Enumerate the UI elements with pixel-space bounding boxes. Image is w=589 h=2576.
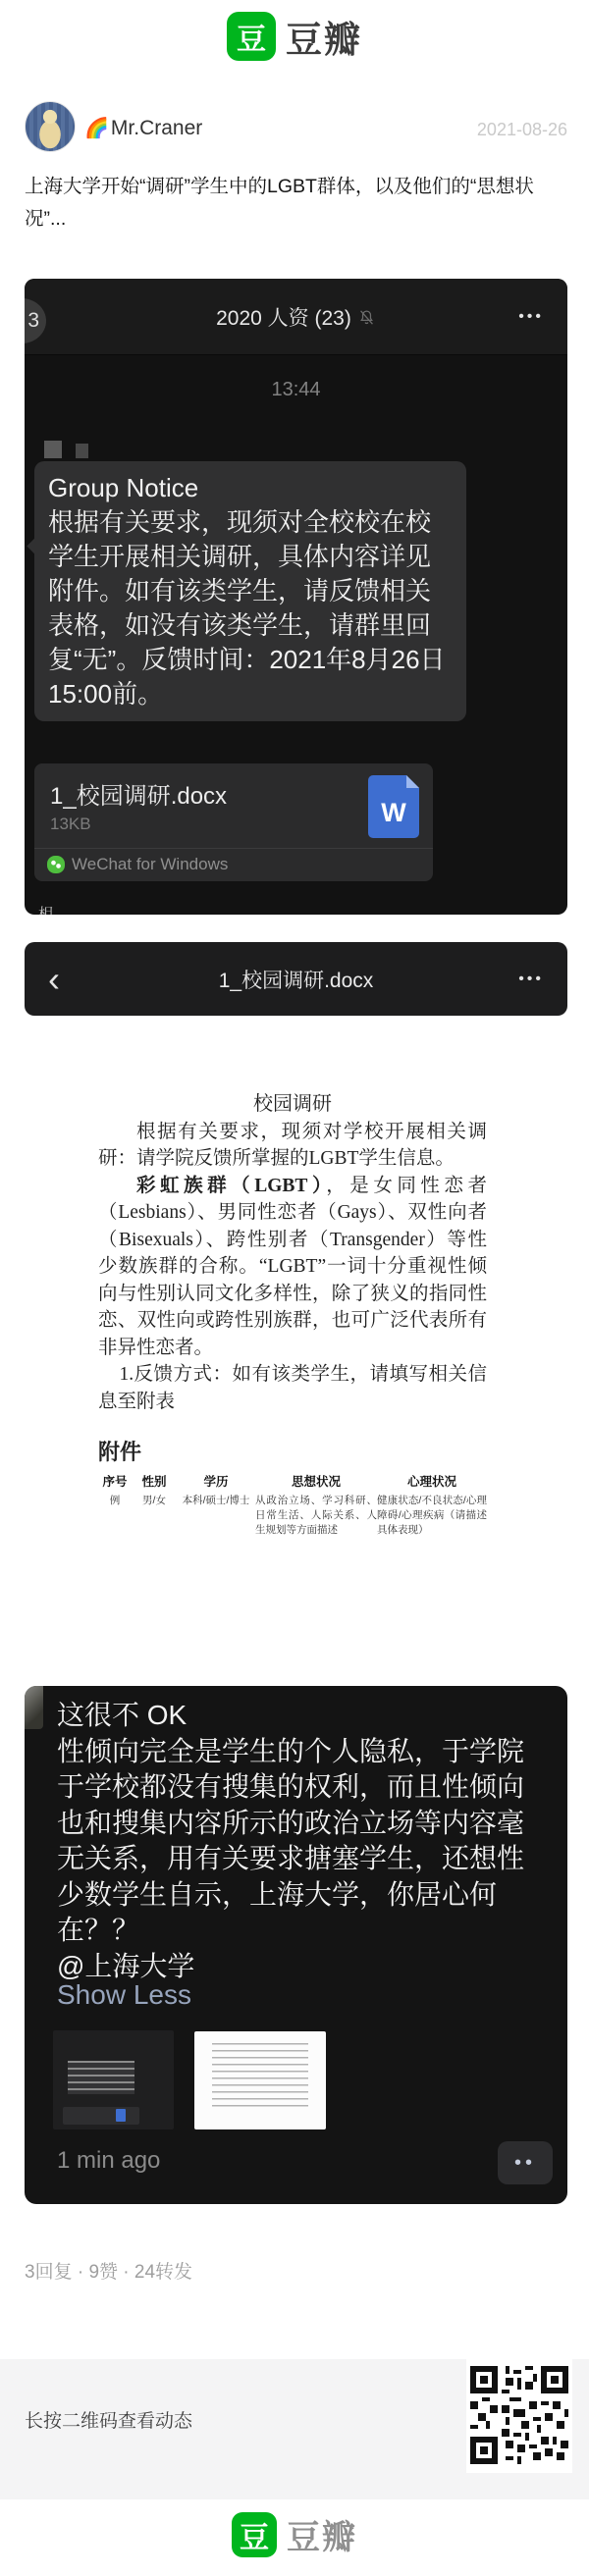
post-date: 2021-08-26 — [477, 120, 567, 140]
document-paragraph: 1.反馈方式：如有该类学生，请填写相关信息至附表 — [98, 1361, 487, 1415]
redacted-avatar-block — [44, 441, 62, 458]
attachment-label: 附件 — [98, 1439, 487, 1466]
chat-title: 2020 人资 (23) — [25, 279, 567, 355]
douban-logo-text: 豆瓣 — [286, 10, 362, 63]
clipped-text-fragment: 相 — [38, 903, 53, 915]
table-header: 心理状况 — [377, 1474, 487, 1490]
comment-more-button[interactable]: •• — [498, 2141, 553, 2184]
file-size: 13KB — [50, 815, 91, 834]
douban-logo-footer: 豆 豆瓣 — [0, 2510, 589, 2558]
table-cell: 本科/硕士/博士 — [177, 1494, 255, 1508]
wechat-chat-header: 3 2020 人资 (23) ••• — [25, 279, 567, 355]
table-cell: 例 — [98, 1494, 132, 1508]
redacted-name-block — [76, 444, 88, 458]
comment-body: 性倾向完全是学生的个人隐私，于学院于学校都没有搜集的权利，而且性倾向也和搜集内容… — [57, 1736, 524, 1946]
wechat-thumbnail-image[interactable] — [53, 2030, 174, 2129]
file-name: 1_校园调研.docx — [50, 776, 227, 811]
table-header: 性别 — [132, 1474, 177, 1490]
divider — [34, 848, 433, 849]
commentary-screenshot-image[interactable]: 这很不 OK 性倾向完全是学生的个人隐私，于学院于学校都没有搜集的权利，而且性倾… — [25, 1686, 567, 2204]
table-cell: 从政治立场、学习科研、日常生活、人际关系、人生规划等方面描述 — [255, 1494, 377, 1539]
word-doc-icon: W — [368, 775, 419, 838]
rainbow-emoji: 🌈 — [84, 116, 109, 140]
douban-logo-header: 豆 豆瓣 — [0, 10, 589, 63]
group-notice-body: 根据有关要求，现须对全校校在校学生开展相关调研，具体内容详见附件。如有该类学生，… — [48, 507, 446, 709]
wechat-icon — [47, 856, 65, 873]
document-title: 校园调研 — [98, 1091, 487, 1119]
table-header: 学历 — [177, 1474, 255, 1490]
douban-logo-icon: 豆 — [232, 2512, 277, 2557]
document-paragraph: 彩虹族群（LGBT），是女同性恋者（Lesbians）、男同性恋者（Gays）、… — [98, 1173, 487, 1362]
file-attachment-card: 1_校园调研.docx 13KB W WeChat for Windows — [34, 763, 433, 881]
document-paragraph: 根据有关要求，现须对学校开展相关调研：请学院反馈所掌握的LGBT学生信息。 — [98, 1119, 487, 1173]
file-source-label: WeChat for Windows — [72, 855, 228, 874]
chat-more-icon: ••• — [518, 279, 544, 355]
qr-footer: 长按二维码查看动态 — [0, 2359, 589, 2499]
table-header: 思想状况 — [255, 1474, 377, 1490]
author-row[interactable]: 🌈 Mr.Craner — [84, 116, 202, 140]
table-cell: 男/女 — [132, 1494, 177, 1508]
avatar[interactable] — [25, 101, 76, 152]
document-thumbnail-image[interactable] — [194, 2031, 326, 2129]
show-less-link[interactable]: Show Less — [57, 1979, 191, 2011]
chat-timestamp: 13:44 — [25, 379, 567, 401]
file-source-row: WeChat for Windows — [47, 855, 228, 874]
doc-viewer-title: 1_校园调研.docx — [25, 942, 567, 1016]
doc-more-icon: ••• — [518, 942, 544, 1016]
attachment-table: 序号 例 性别 男/女 学历 本科/硕士/博士 思想状况 从政治立场、学习科研、… — [98, 1474, 487, 1539]
douban-logo-icon: 豆 — [227, 12, 276, 61]
table-header: 序号 — [98, 1474, 132, 1490]
lgbt-term-bold: 彩虹族群（LGBT） — [136, 1176, 326, 1196]
corner-avatar-fragment — [25, 1686, 43, 1729]
comment-text: 这很不 OK 性倾向完全是学生的个人隐私，于学院于学校都没有搜集的权利，而且性倾… — [57, 1698, 545, 1984]
qr-code[interactable] — [466, 2357, 572, 2473]
table-cell: 健康状态/不良状态/心理障碍/心理疾病（请描述具体表现） — [377, 1494, 487, 1539]
group-notice-bubble: Group Notice 根据有关要求，现须对全校校在校学生开展相关调研，具体内… — [34, 461, 466, 721]
post-stats: 3回复 · 9赞 · 24转发 — [25, 2257, 192, 2284]
wechat-screenshot-image[interactable]: 3 2020 人资 (23) ••• 13:44 Group Notice 根据… — [25, 279, 567, 915]
group-notice-heading: Group Notice — [48, 471, 453, 505]
comment-timestamp: 1 min ago — [57, 2147, 160, 2175]
douban-logo-text: 豆瓣 — [287, 2510, 357, 2558]
document-page-image: 校园调研 根据有关要求，现须对学校开展相关调研：请学院反馈所掌握的LGBT学生信… — [98, 1091, 487, 1538]
post-title: 上海大学开始“调研”学生中的LGBT群体，以及他们的“思想状况”... — [25, 171, 566, 236]
doc-viewer-header-image[interactable]: ‹ 1_校园调研.docx ••• — [25, 942, 567, 1016]
qr-hint-text: 长按二维码查看动态 — [25, 2406, 192, 2433]
author-name[interactable]: Mr.Craner — [111, 117, 202, 140]
mute-bell-icon — [357, 308, 376, 327]
comment-line1: 这很不 OK — [57, 1698, 545, 1734]
